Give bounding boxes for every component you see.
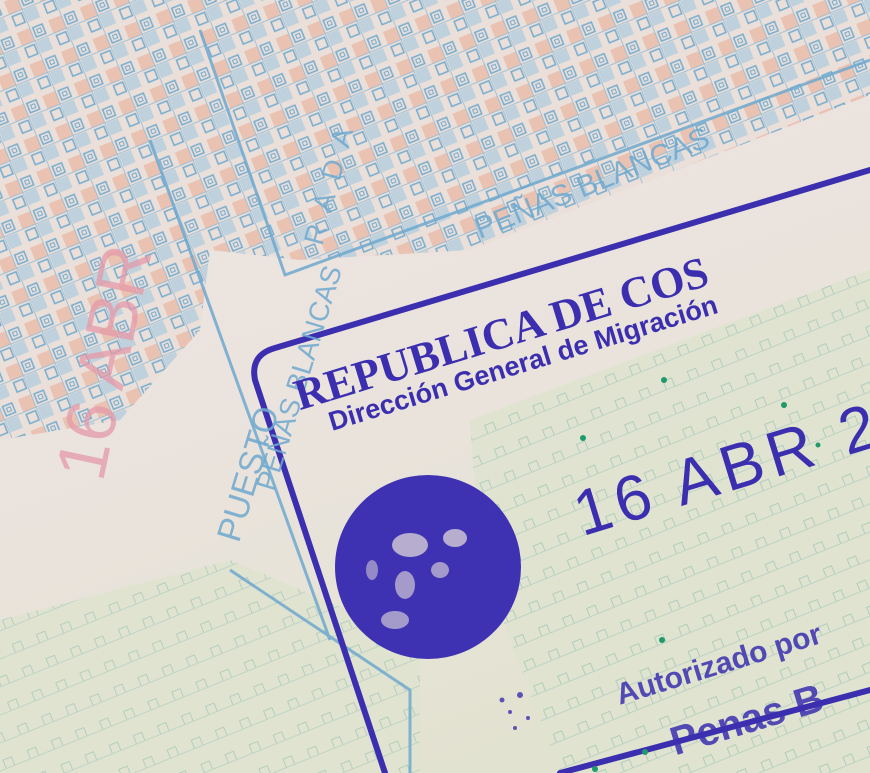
coat-of-arms-seal (335, 475, 521, 659)
passport-photo: 16 ABR RADA PUESTO PEÑAS BLANCAS PEÑAS B… (0, 0, 870, 773)
